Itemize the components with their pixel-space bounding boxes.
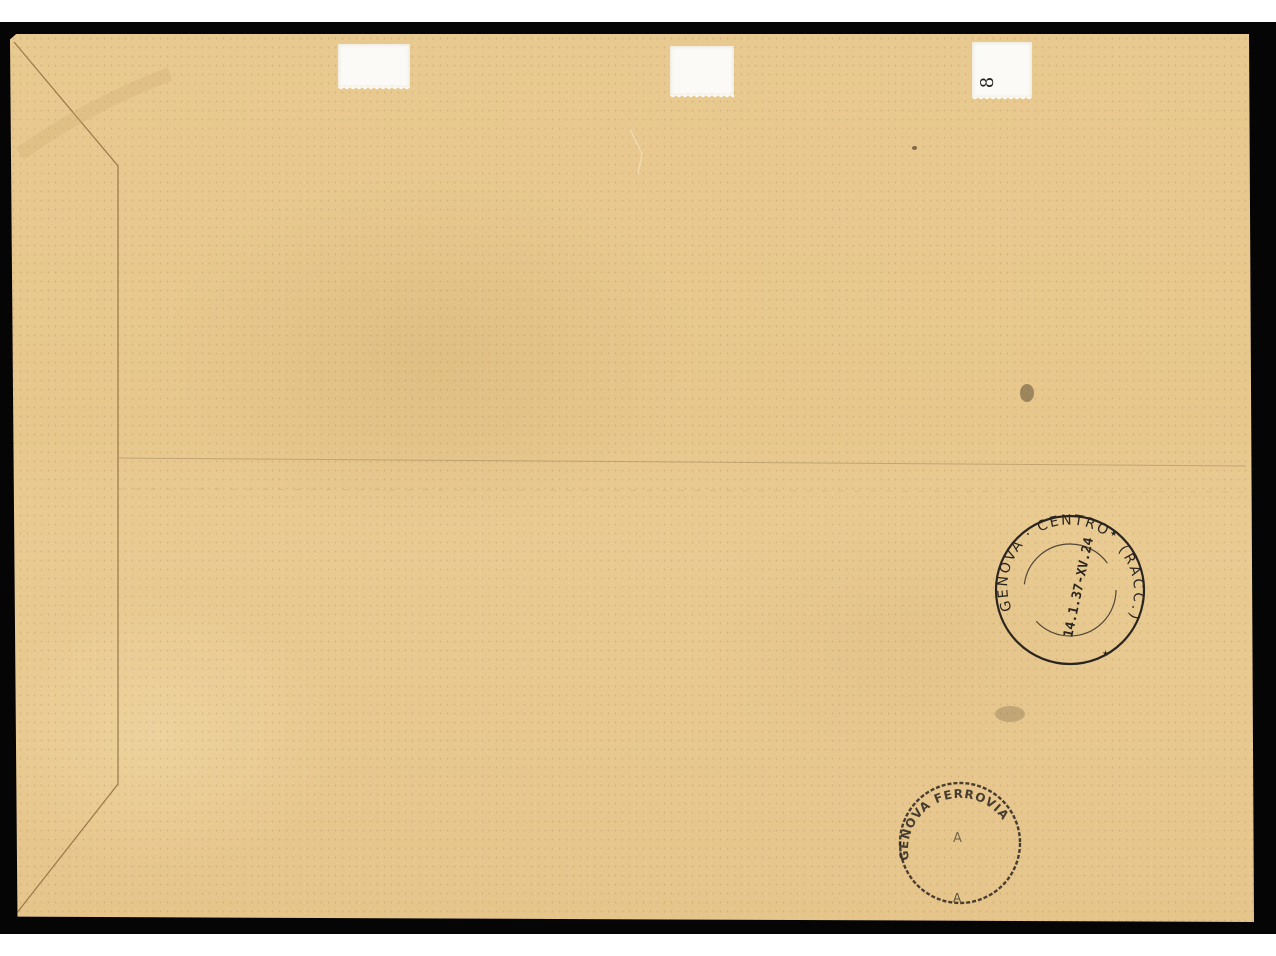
postmark-side-text: (RACC.)	[1115, 542, 1146, 624]
ink-smudge	[995, 706, 1025, 722]
envelope-back: 8	[10, 34, 1254, 922]
ink-smudge	[1020, 384, 1034, 402]
postmark-genova-centro: GENOVA · CENTRO (RACC.) 14.1.37-XV.24 ★ …	[990, 510, 1150, 670]
postmark-bottom-text: A	[953, 891, 962, 905]
postmark-star: ★	[1110, 529, 1117, 538]
svg-text:GENOVA · CENTRO: GENOVA · CENTRO	[995, 512, 1113, 613]
postmark-center-text: A	[953, 831, 962, 846]
svg-text:(RACC.): (RACC.)	[1115, 542, 1146, 624]
stamp-hinge-remnant: 8	[972, 42, 1032, 98]
photo-background: 8 GENOVA · CENTRO (RACC.) 14.1.37-XV.24 …	[0, 22, 1276, 934]
stamp-hinge-remnant	[338, 44, 410, 88]
envelope-flap-folds	[10, 34, 1254, 922]
hinge-pencil-mark: 8	[977, 77, 998, 88]
stamp-hinge-remnant	[670, 46, 734, 96]
postmark-top-text: GENOVA · CENTRO	[995, 512, 1113, 613]
postmark-arc-text: GENOVA FERROVIA	[897, 787, 1012, 861]
postmark-date: 14.1.37-XV.24	[1061, 536, 1097, 639]
postmark-star: ★	[1102, 649, 1109, 658]
postmark-genova-ferrovia: GENOVA FERROVIA A A	[895, 778, 1025, 908]
svg-text:GENOVA FERROVIA: GENOVA FERROVIA	[897, 787, 1012, 861]
ink-spot	[912, 146, 917, 150]
